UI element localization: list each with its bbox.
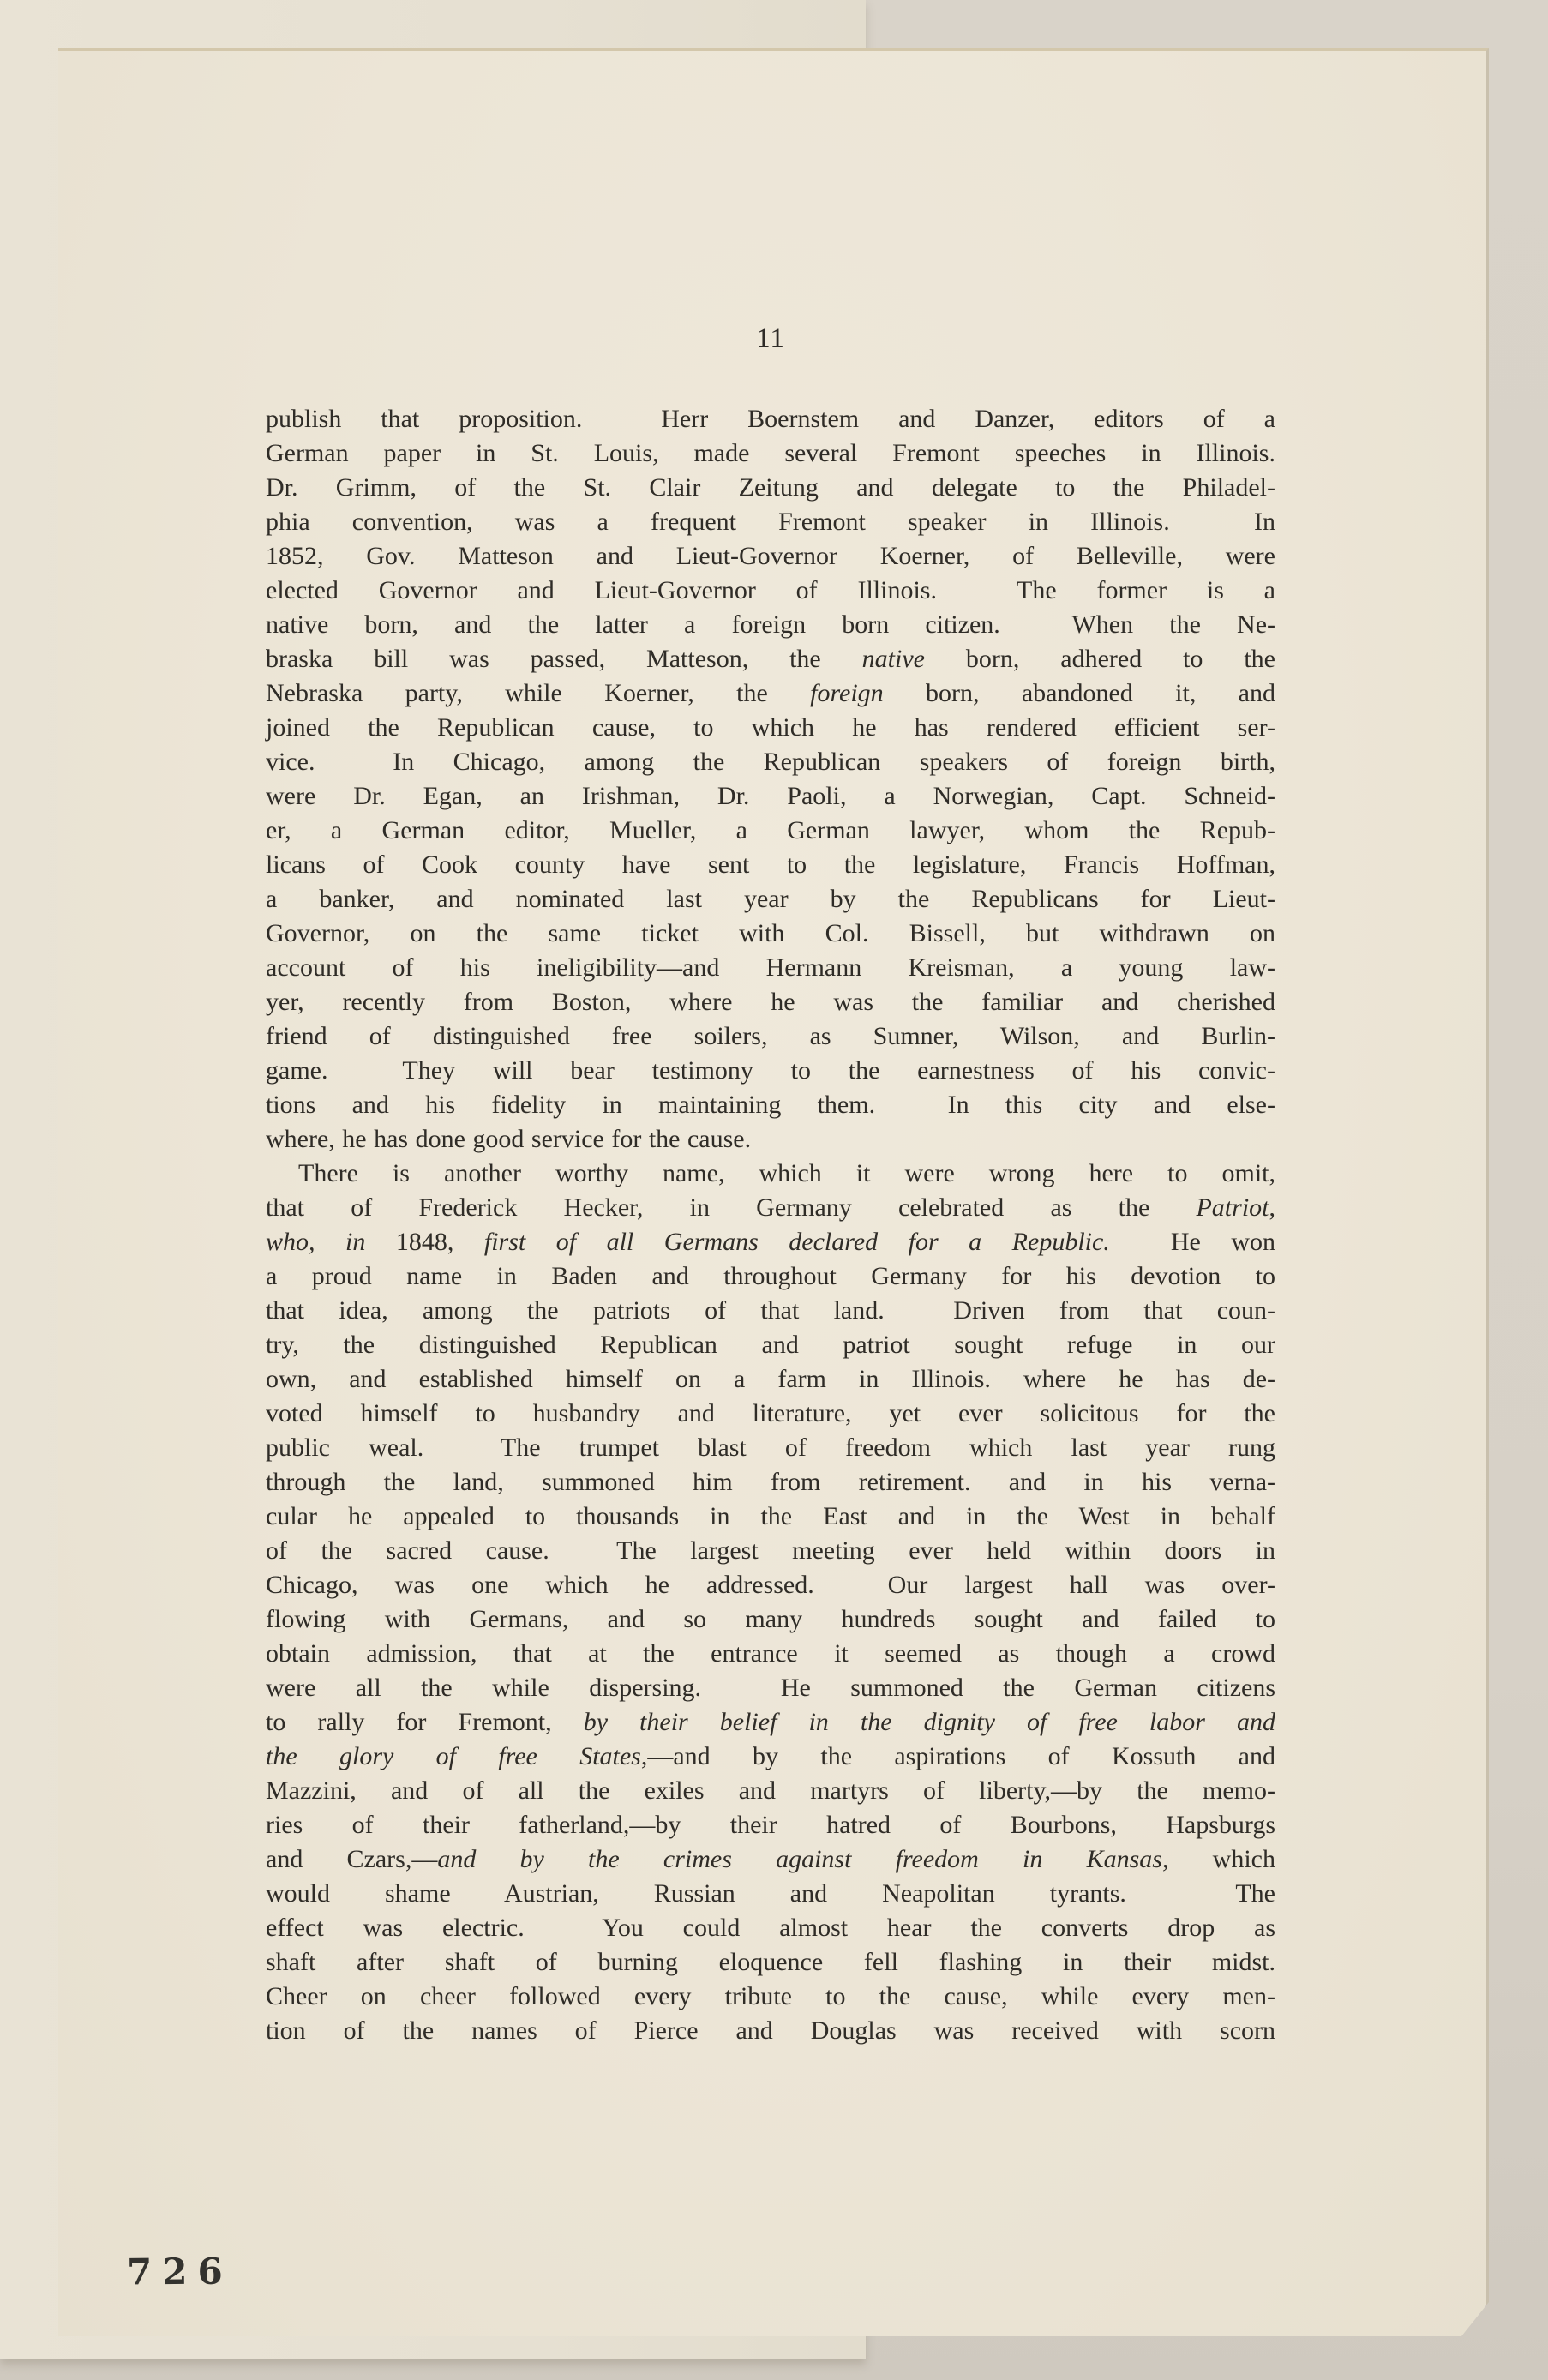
italic-text-segment: the glory of free States: [266, 1742, 641, 1770]
text-line: er, a German editor, Mueller, a German l…: [266, 814, 1275, 848]
text-segment: Governor, on the same ticket with Col. B…: [266, 919, 1275, 947]
text-segment: He won: [1110, 1228, 1275, 1256]
text-segment: own, and established himself on a farm i…: [266, 1365, 1275, 1393]
text-line: game. They will bear testimony to the ea…: [266, 1054, 1275, 1088]
italic-text-segment: and by the crimes against freedom in Kan…: [437, 1845, 1162, 1873]
text-line: would shame Austrian, Russian and Neapol…: [266, 1877, 1275, 1911]
text-line: elected Governor and Lieut-Governor of I…: [266, 574, 1275, 608]
text-segment: ,—and by the aspirations of Kossuth and: [641, 1742, 1275, 1770]
text-segment: were Dr. Egan, an Irishman, Dr. Paoli, a…: [266, 782, 1275, 810]
text-line: German paper in St. Louis, made several …: [266, 436, 1275, 471]
text-line: flowing with Germans, and so many hundre…: [266, 1602, 1275, 1637]
text-line: ries of their fatherland,—by their hatre…: [266, 1808, 1275, 1842]
text-segment: account of his ineligibility—and Hermann…: [266, 953, 1275, 982]
text-line: joined the Republican cause, to which he…: [266, 711, 1275, 745]
text-segment: publish that proposition. Herr Boernstem…: [266, 405, 1275, 433]
text-segment: , which: [1162, 1845, 1275, 1873]
text-line: obtain admission, that at the entrance i…: [266, 1637, 1275, 1671]
text-line: friend of distinguished free soilers, as…: [266, 1019, 1275, 1054]
text-line: public weal. The trumpet blast of freedo…: [266, 1431, 1275, 1465]
text-line: account of his ineligibility—and Hermann…: [266, 951, 1275, 985]
text-line: vice. In Chicago, among the Republican s…: [266, 745, 1275, 779]
text-line: effect was electric. You could almost he…: [266, 1911, 1275, 1945]
text-line: through the land, summoned him from reti…: [266, 1465, 1275, 1500]
text-segment: that idea, among the patriots of that la…: [266, 1296, 1275, 1325]
text-segment: obtain admission, that at the entrance i…: [266, 1639, 1275, 1668]
text-segment: born, adhered to the: [925, 645, 1275, 673]
text-segment: flowing with Germans, and so many hundre…: [266, 1605, 1275, 1633]
text-segment: Nebraska party, while Koerner, the: [266, 679, 810, 707]
text-segment: braska bill was passed, Matteson, the: [266, 645, 862, 673]
text-segment: born, abandoned it, and: [884, 679, 1275, 707]
text-segment: game. They will bear testimony to the ea…: [266, 1056, 1275, 1085]
text-segment: a banker, and nominated last year by the…: [266, 885, 1275, 913]
text-segment: public weal. The trumpet blast of freedo…: [266, 1433, 1275, 1462]
text-line: and Czars,—and by the crimes against fre…: [266, 1842, 1275, 1877]
text-segment: joined the Republican cause, to which he…: [266, 713, 1275, 742]
text-line: Nebraska party, while Koerner, the forei…: [266, 676, 1275, 711]
text-segment: er, a German editor, Mueller, a German l…: [266, 816, 1275, 844]
text-segment: cular he appealed to thousands in the Ea…: [266, 1502, 1275, 1530]
text-segment: and Czars,—: [266, 1845, 437, 1873]
text-segment: where, he has done good service for the …: [266, 1125, 751, 1153]
body-text: publish that proposition. Herr Boernstem…: [266, 402, 1275, 2048]
text-line: braska bill was passed, Matteson, the na…: [266, 642, 1275, 676]
text-segment: phia convention, was a frequent Fremont …: [266, 508, 1275, 536]
text-line: phia convention, was a frequent Fremont …: [266, 505, 1275, 539]
text-segment: Cheer on cheer followed every tribute to…: [266, 1982, 1275, 2010]
text-segment: a proud name in Baden and throughout Ger…: [266, 1262, 1275, 1290]
page-number: 11: [266, 323, 1275, 355]
text-line: to rally for Fremont, by their belief in…: [266, 1705, 1275, 1740]
text-line: try, the distinguished Republican and pa…: [266, 1328, 1275, 1362]
text-line: cular he appealed to thousands in the Ea…: [266, 1500, 1275, 1534]
italic-text-segment: foreign: [810, 679, 884, 707]
text-line: the glory of free States,—and by the asp…: [266, 1740, 1275, 1774]
text-segment: were all the while dispersing. He summon…: [266, 1674, 1275, 1702]
italic-text-segment: first of all Germans declared for a Repu…: [484, 1228, 1110, 1256]
text-line: shaft after shaft of burning eloquence f…: [266, 1945, 1275, 1980]
text-line: native born, and the latter a foreign bo…: [266, 608, 1275, 642]
text-line: Dr. Grimm, of the St. Clair Zeitung and …: [266, 471, 1275, 505]
text-line: tions and his fidelity in maintaining th…: [266, 1088, 1275, 1122]
text-segment: would shame Austrian, Russian and Neapol…: [266, 1879, 1275, 1908]
text-segment: licans of Cook county have sent to the l…: [266, 850, 1275, 879]
italic-text-segment: Patriot: [1196, 1193, 1269, 1222]
text-segment: yer, recently from Boston, where he was …: [266, 988, 1275, 1016]
text-segment: through the land, summoned him from reti…: [266, 1468, 1275, 1496]
text-line: were Dr. Egan, an Irishman, Dr. Paoli, a…: [266, 779, 1275, 814]
text-line: a proud name in Baden and throughout Ger…: [266, 1259, 1275, 1294]
text-line: that idea, among the patriots of that la…: [266, 1294, 1275, 1328]
text-line: licans of Cook county have sent to the l…: [266, 848, 1275, 882]
text-line: voted himself to husbandry and literatur…: [266, 1397, 1275, 1431]
italic-text-segment: who, in: [266, 1228, 365, 1256]
text-segment: Mazzini, and of all the exiles and marty…: [266, 1776, 1275, 1805]
text-segment: German paper in St. Louis, made several …: [266, 439, 1275, 467]
text-segment: of the sacred cause. The largest meeting…: [266, 1536, 1275, 1565]
text-line: Cheer on cheer followed every tribute to…: [266, 1980, 1275, 2014]
text-line: yer, recently from Boston, where he was …: [266, 985, 1275, 1019]
italic-text-segment: native: [862, 645, 925, 673]
text-line: a banker, and nominated last year by the…: [266, 882, 1275, 917]
text-segment: Dr. Grimm, of the St. Clair Zeitung and …: [266, 473, 1275, 502]
text-segment: Chicago, was one which he addressed. Our…: [266, 1571, 1275, 1599]
text-segment: 1852, Gov. Matteson and Lieut-Governor K…: [266, 542, 1275, 570]
text-segment: friend of distinguished free soilers, as…: [266, 1022, 1275, 1050]
text-segment: 1848,: [365, 1228, 484, 1256]
text-segment: tions and his fidelity in maintaining th…: [266, 1091, 1275, 1119]
text-segment: There is another worthy name, which it w…: [298, 1159, 1275, 1187]
text-segment: elected Governor and Lieut-Governor of I…: [266, 576, 1275, 604]
book-page: 11 publish that proposition. Herr Boerns…: [58, 48, 1489, 2336]
text-line: tion of the names of Pierce and Douglas …: [266, 2014, 1275, 2048]
text-segment: ,: [1269, 1193, 1276, 1222]
text-line: 1852, Gov. Matteson and Lieut-Governor K…: [266, 539, 1275, 574]
text-segment: ries of their fatherland,—by their hatre…: [266, 1811, 1275, 1839]
scan-background: 11 publish that proposition. Herr Boerns…: [0, 0, 1548, 2380]
text-line: publish that proposition. Herr Boernstem…: [266, 402, 1275, 436]
text-segment: effect was electric. You could almost he…: [266, 1914, 1275, 1942]
text-segment: voted himself to husbandry and literatur…: [266, 1399, 1275, 1427]
text-line: were all the while dispersing. He summon…: [266, 1671, 1275, 1705]
page-stamp-number: 726: [127, 2250, 233, 2293]
text-line: There is another worthy name, which it w…: [266, 1157, 1275, 1191]
text-segment: try, the distinguished Republican and pa…: [266, 1331, 1275, 1359]
text-segment: that of Frederick Hecker, in Germany cel…: [266, 1193, 1196, 1222]
text-segment: to rally for Fremont,: [266, 1708, 584, 1736]
text-line: own, and established himself on a farm i…: [266, 1362, 1275, 1397]
text-line: who, in 1848, first of all Germans decla…: [266, 1225, 1275, 1259]
text-line: where, he has done good service for the …: [266, 1122, 1275, 1157]
text-line: of the sacred cause. The largest meeting…: [266, 1534, 1275, 1568]
text-line: Mazzini, and of all the exiles and marty…: [266, 1774, 1275, 1808]
italic-text-segment: by their belief in the dignity of free l…: [584, 1708, 1275, 1736]
text-line: Governor, on the same ticket with Col. B…: [266, 917, 1275, 951]
text-line: Chicago, was one which he addressed. Our…: [266, 1568, 1275, 1602]
text-segment: vice. In Chicago, among the Republican s…: [266, 748, 1275, 776]
text-segment: tion of the names of Pierce and Douglas …: [266, 2016, 1275, 2045]
text-segment: shaft after shaft of burning eloquence f…: [266, 1948, 1275, 1976]
text-segment: native born, and the latter a foreign bo…: [266, 610, 1275, 639]
text-line: that of Frederick Hecker, in Germany cel…: [266, 1191, 1275, 1225]
